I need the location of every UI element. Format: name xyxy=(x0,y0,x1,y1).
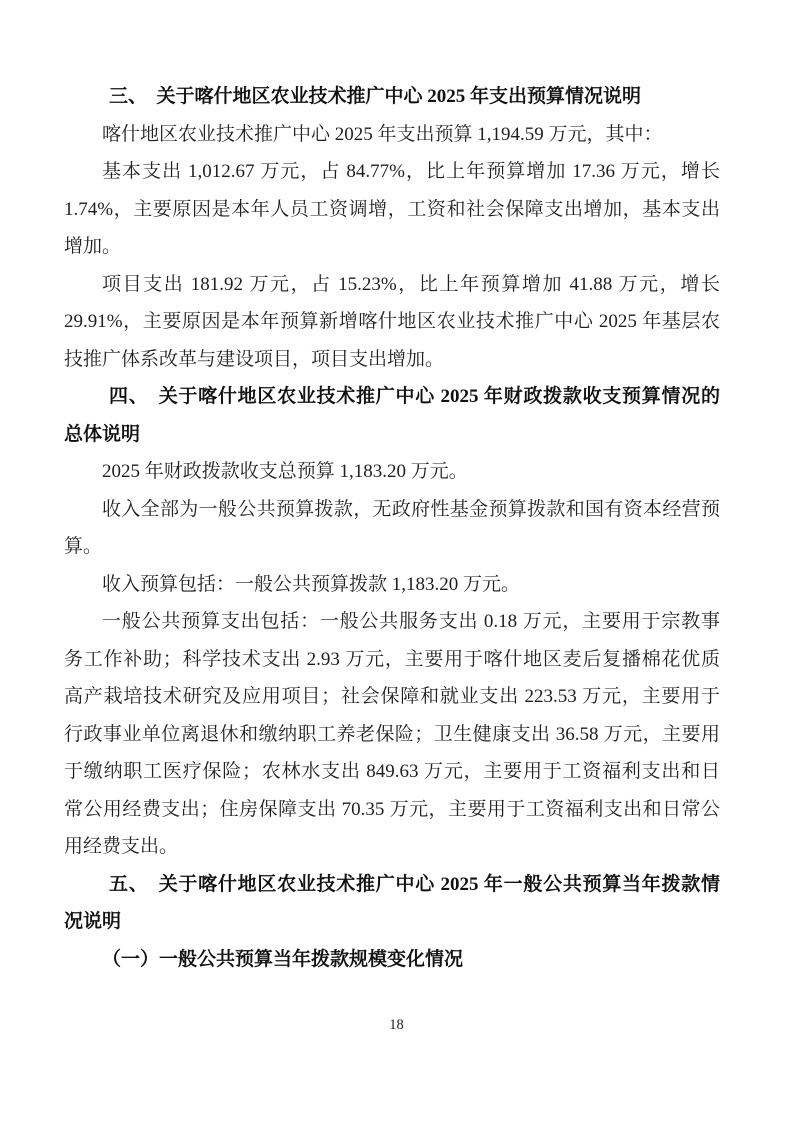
paragraph-line: 用经费支出。 xyxy=(64,828,720,866)
paragraph-line: 于缴纳职工医疗保险；农林水支出 849.63 万元，主要用于工资福利支出和日 xyxy=(64,753,720,791)
section-heading-line: 况说明 xyxy=(64,903,720,941)
document-body: 三、 关于喀什地区农业技术推广中心 2025 年支出预算情况说明喀什地区农业技术… xyxy=(64,78,720,978)
paragraph-line: 基本支出 1,012.67 万元，占 84.77%，比上年预算增加 17.36 … xyxy=(64,153,720,191)
document-canvas: 三、 关于喀什地区农业技术推广中心 2025 年支出预算情况说明喀什地区农业技术… xyxy=(0,0,793,1122)
paragraph-line: 29.91%，主要原因是本年预算新增喀什地区农业技术推广中心 2025 年基层农 xyxy=(64,303,720,341)
paragraph-line: 收入预算包括：一般公共预算拨款 1,183.20 万元。 xyxy=(64,566,720,604)
paragraph-line: 收入全部为一般公共预算拨款，无政府性基金预算拨款和国有资本经营预 xyxy=(64,491,720,529)
paragraph-line: 2025 年财政拨款收支总预算 1,183.20 万元。 xyxy=(64,453,720,491)
section-heading-line: 三、 关于喀什地区农业技术推广中心 2025 年支出预算情况说明 xyxy=(64,78,720,116)
paragraph-line: 常公用经费支出；住房保障支出 70.35 万元，主要用于工资福利支出和日常公 xyxy=(64,791,720,829)
section-heading-line: 五、 关于喀什地区农业技术推广中心 2025 年一般公共预算当年拨款情 xyxy=(64,866,720,904)
section-heading-line: （一）一般公共预算当年拨款规模变化情况 xyxy=(64,941,720,979)
paragraph-line: 1.74%，主要原因是本年人员工资调增，工资和社会保障支出增加，基本支出 xyxy=(64,191,720,229)
section-heading-line: 四、 关于喀什地区农业技术推广中心 2025 年财政拨款收支预算情况的 xyxy=(64,378,720,416)
paragraph-line: 高产栽培技术研究及应用项目；社会保障和就业支出 223.53 万元，主要用于 xyxy=(64,678,720,716)
paragraph-line: 喀什地区农业技术推广中心 2025 年支出预算 1,194.59 万元，其中： xyxy=(64,116,720,154)
paragraph-line: 增加。 xyxy=(64,228,720,266)
paragraph-line: 算。 xyxy=(64,528,720,566)
section-heading-line: 总体说明 xyxy=(64,416,720,454)
paragraph-line: 项目支出 181.92 万元，占 15.23%，比上年预算增加 41.88 万元… xyxy=(64,266,720,304)
paragraph-line: 务工作补助；科学技术支出 2.93 万元，主要用于喀什地区麦后复播棉花优质 xyxy=(64,641,720,679)
paragraph-line: 一般公共预算支出包括：一般公共服务支出 0.18 万元，主要用于宗教事 xyxy=(64,603,720,641)
page-number: 18 xyxy=(0,1014,793,1036)
document-page: { "page": { "background_color": "#ffffff… xyxy=(0,0,793,1122)
paragraph-line: 技推广体系改革与建设项目，项目支出增加。 xyxy=(64,341,720,379)
paragraph-line: 行政事业单位离退休和缴纳职工养老保险；卫生健康支出 36.58 万元，主要用 xyxy=(64,716,720,754)
